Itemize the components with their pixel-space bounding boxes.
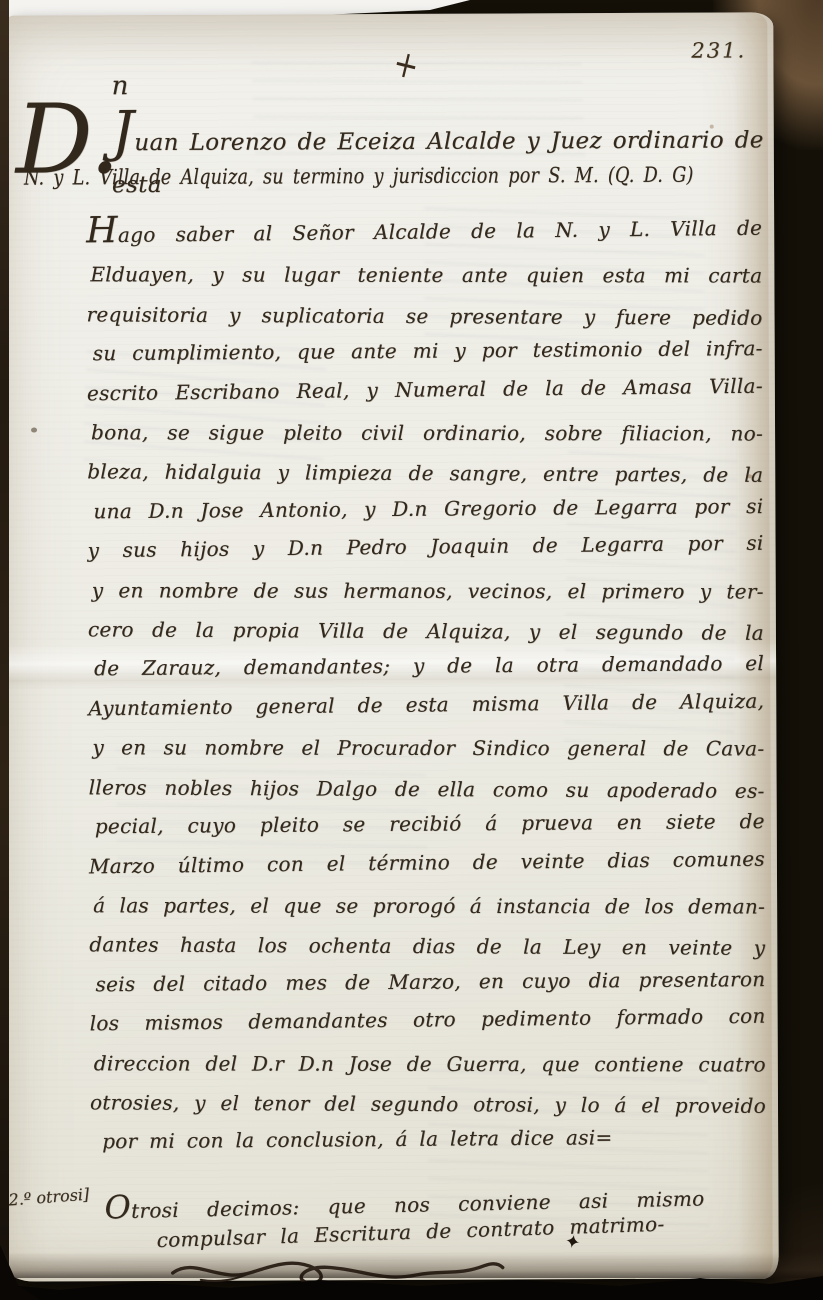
manuscript-line: escrito Escribano Real, y Numeral de la … — [87, 366, 763, 413]
manuscript-line: y en nombre de sus hermanos, vecinos, el… — [92, 571, 764, 612]
heading-line-2: N. y L. Villa de Alquiza, su termino y j… — [24, 163, 662, 190]
heading-line-1: Juan Lorenzo de Eceiza Alcalde y Juez or… — [112, 108, 764, 206]
margin-note-otrosi: 2.º otrosi] — [8, 1185, 90, 1210]
initial-superscript: n — [112, 71, 129, 101]
manuscript-line: y en su nombre el Procurador Sindico gen… — [92, 729, 764, 770]
manuscript-line: los mismos demandantes otro pedimento fo… — [89, 997, 765, 1044]
manuscript-line: Marzo último con el término de veinte di… — [89, 839, 765, 886]
scanned-manuscript-photo: 231. + D.n Juan Lorenzo de Eceiza Alcald… — [0, 0, 823, 1300]
invocation-cross-mark: + — [389, 41, 424, 89]
manuscript-line: por mi con la conclusion, á la letra dic… — [102, 1117, 766, 1162]
manuscript-line: Elduayen, y su lugar teniente ante quien… — [90, 256, 762, 297]
body-text: Hago saber al Señor Alcalde de la N. y L… — [86, 208, 766, 1162]
book-binding-edge — [0, 0, 9, 1300]
manuscript-page: 231. + D.n Juan Lorenzo de Eceiza Alcald… — [3, 12, 779, 1281]
manuscript-line: bona, se sigue pleito civil ordinario, s… — [91, 413, 763, 454]
star-mark: ✦ — [563, 1230, 583, 1255]
ink-speck — [31, 428, 37, 433]
manuscript-line: y sus hijos y D.n Pedro Joaquin de Legar… — [87, 524, 763, 571]
manuscript-line: á las partes, el que se prorogó á instan… — [93, 886, 765, 927]
folio-number: 231. — [691, 38, 746, 62]
manuscript-line: Hago saber al Señor Alcalde de la N. y L… — [86, 204, 762, 256]
manuscript-line: Ayuntamiento general de esta misma Villa… — [88, 682, 764, 729]
manuscript-line: direccion del D.r D.n Jose de Guerra, qu… — [94, 1044, 766, 1085]
bottom-page-shadow — [0, 1252, 823, 1278]
